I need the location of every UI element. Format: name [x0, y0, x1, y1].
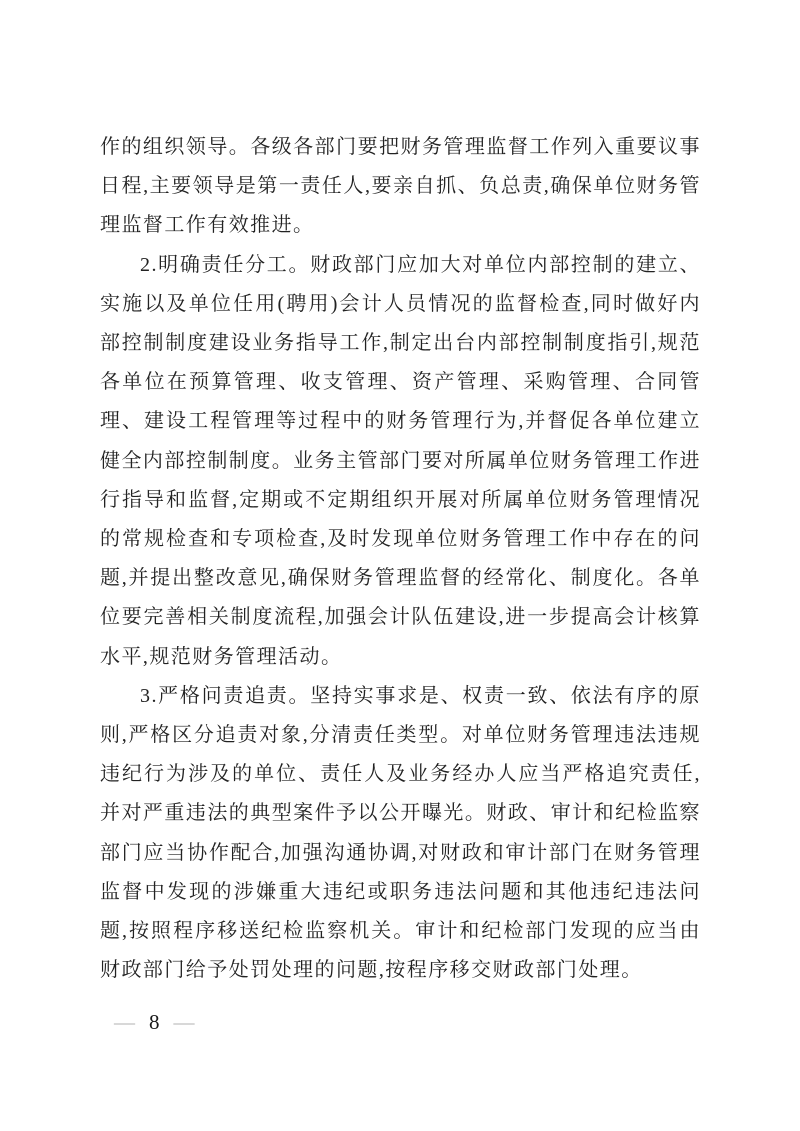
body-paragraph-item-3: 3.严格问责追责。坚持实事求是、权责一致、依法有序的原则,严格区分追责对象,分清…	[100, 677, 701, 991]
footer-dash-right: —	[174, 1010, 195, 1035]
document-page: 作的组织领导。各级各部门要把财务管理监督工作列入重要议事日程,主要领导是第一责任…	[0, 0, 800, 1131]
document-body: 作的组织领导。各级各部门要把财务管理监督工作列入重要议事日程,主要领导是第一责任…	[100, 128, 701, 990]
footer-dash-left: —	[114, 1010, 135, 1035]
body-paragraph-item-2: 2.明确责任分工。财政部门应加大对单位内部控制的建立、实施以及单位任用(聘用)会…	[100, 246, 701, 677]
body-paragraph-continuation: 作的组织领导。各级各部门要把财务管理监督工作列入重要议事日程,主要领导是第一责任…	[100, 128, 701, 246]
page-number: 8	[149, 1010, 160, 1035]
page-footer: — 8 —	[114, 1010, 195, 1035]
